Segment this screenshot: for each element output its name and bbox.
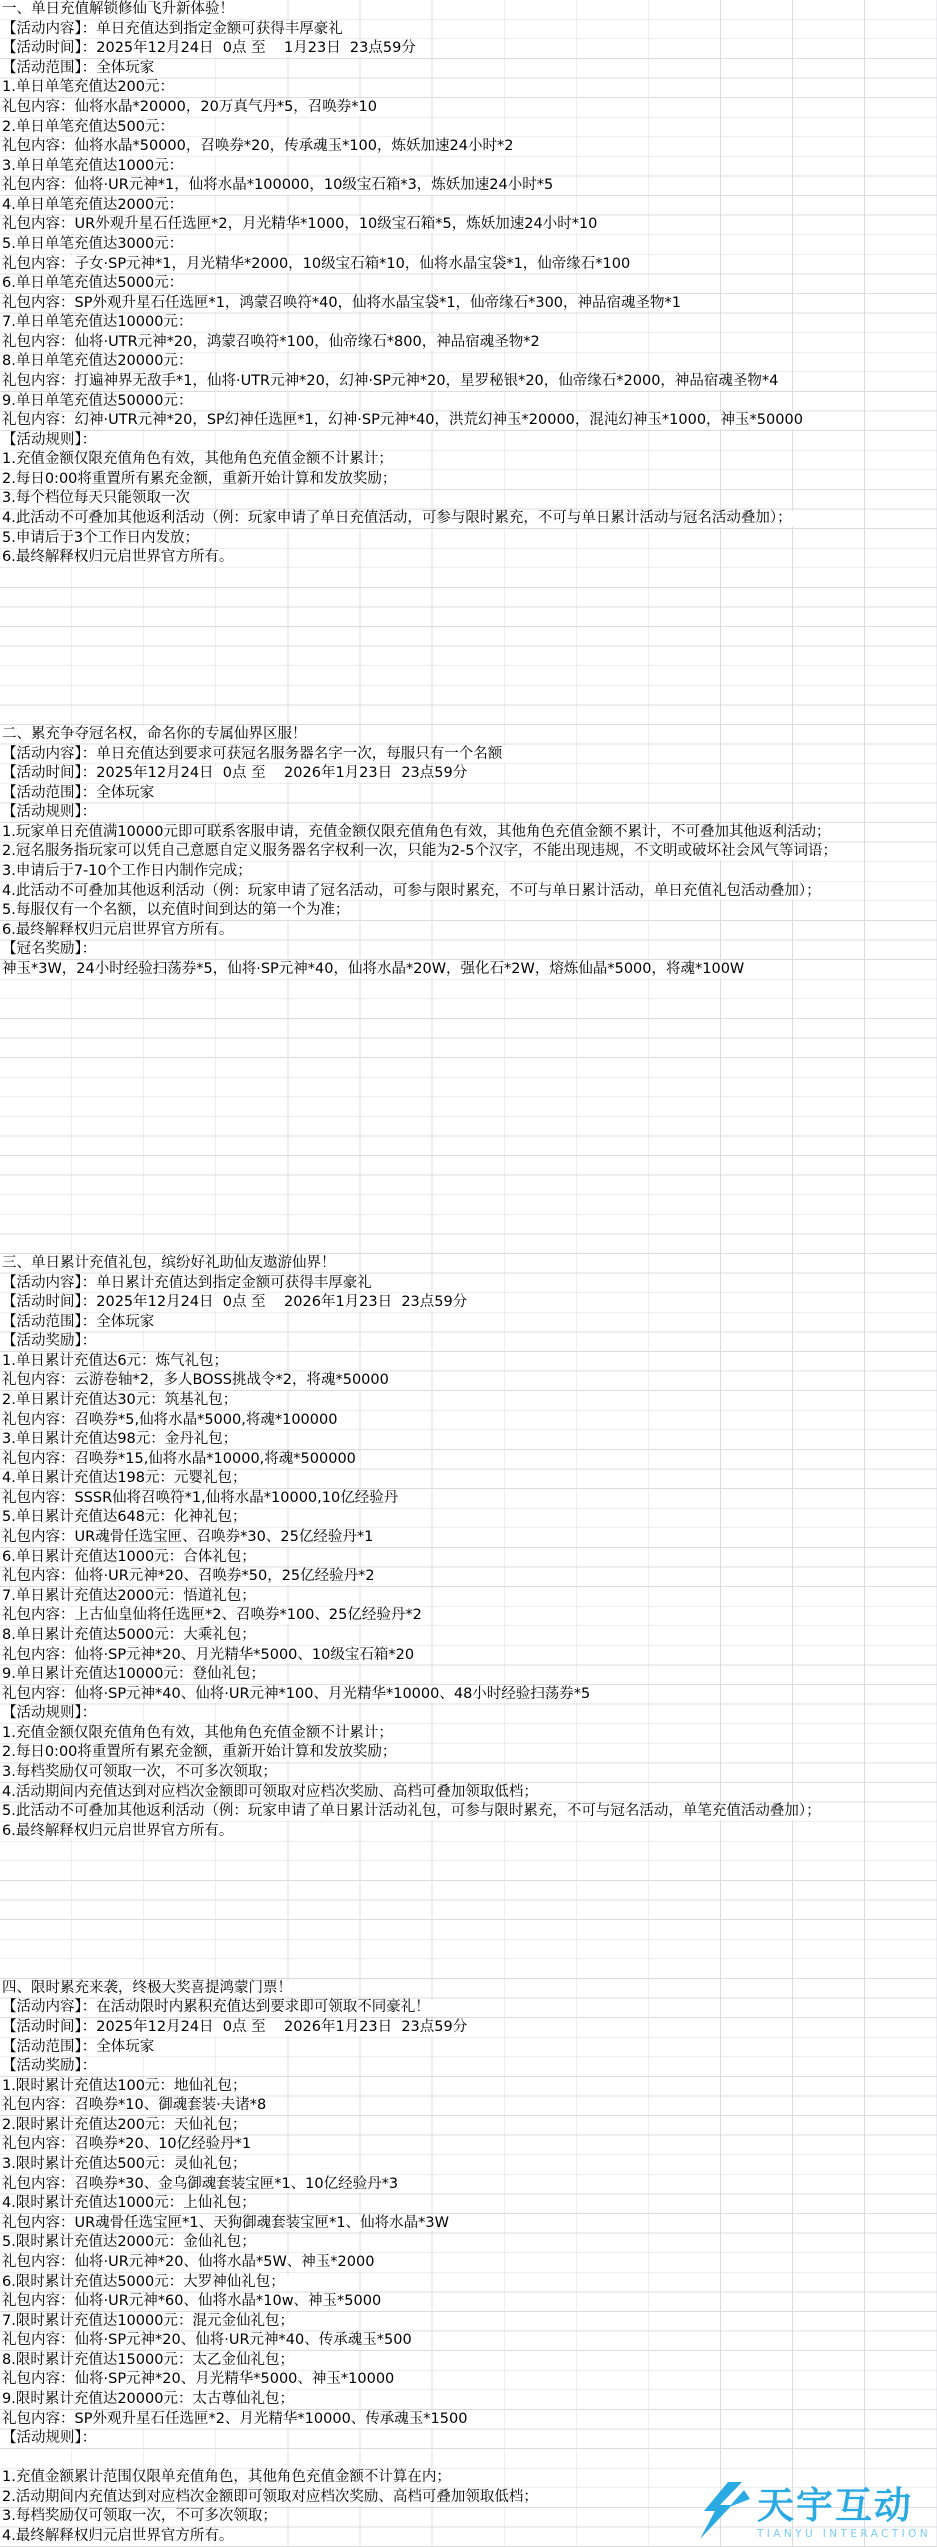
cell-text: 礼包内容：幻神·UTR元神*20，SP幻神任选匣*1，幻神·SP元神*40，洪荒… — [0, 413, 807, 429]
text-row: 神玉*3W，24小时经验扫荡券*5，仙将·SP元神*40，仙将水晶*20W，强化… — [0, 960, 937, 980]
text-row: 1.单日单笔充值达200元： — [0, 78, 937, 98]
text-row: 【活动时间】：2025年12月24日 0点 至 2026年1月23日 23点59… — [0, 2018, 937, 2038]
cell-text: 9.单日累计充值达10000元：登仙礼包； — [0, 1667, 269, 1683]
cell-text: 5.限时累计充值达2000元：金仙礼包； — [0, 2235, 260, 2251]
text-row: 3.每个档位每天只能领取一次 — [0, 489, 937, 509]
text-row: 【活动规则】： — [0, 2429, 937, 2449]
text-row: 5.单日单笔充值达3000元： — [0, 235, 937, 255]
text-row: 4.单日单笔充值达2000元： — [0, 196, 937, 216]
cell-text: 【活动范围】：全体玩家 — [0, 786, 158, 802]
cell-text: 【冠名奖励】： — [0, 942, 100, 958]
cell-text: 8.单日单笔充值达20000元： — [0, 354, 196, 370]
text-row: 【冠名奖励】： — [0, 940, 937, 960]
cell-text: 4.限时累计充值达1000元：上仙礼包； — [0, 2196, 260, 2212]
section-3: 三、单日累计充值礼包，缤纷好礼助仙友遨游仙界！【活动内容】：单日累计充值达到指定… — [0, 1254, 937, 1841]
text-row: 9.限时累计充值达20000元：太古尊仙礼包； — [0, 2390, 937, 2410]
cell-text: 1.充值金额仅限充值角色有效，其他角色充值金额不计累计； — [0, 452, 397, 468]
text-row: 3.申请后于7-10个工作日内制作完成； — [0, 862, 937, 882]
cell-text: 礼包内容：召唤券*20、10亿经验丹*1 — [0, 2137, 255, 2153]
cell-text: 2.每日0:00将重置所有累充金额，重新开始计算和发放奖励； — [0, 1745, 400, 1761]
cell-text: 5.单日单笔充值达3000元： — [0, 237, 187, 253]
cell-text: 【活动奖励】： — [0, 1334, 100, 1350]
cell-text: 2.活动期间内充值达到对应档次金额即可领取对应档次奖励、高档可叠加领取低档； — [0, 2490, 542, 2506]
logo-name-en: TIANYU INTERACTION — [757, 2528, 931, 2540]
cell-text: 2.每日0:00将重置所有累充金额，重新开始计算和发放奖励； — [0, 472, 400, 488]
cell-text: 3.单日累计充值达98元：金丹礼包； — [0, 1432, 241, 1448]
cell-text: 【活动奖励】： — [0, 2059, 100, 2075]
text-row: 7.单日累计充值达2000元：悟道礼包； — [0, 1587, 937, 1607]
cell-text: 3.限时累计充值达500元：灵仙礼包； — [0, 2157, 251, 2173]
text-row: 礼包内容：仙将水晶*50000，召唤券*20，传承魂玉*100，炼妖加速24小时… — [0, 137, 937, 157]
section-4: 四、限时累充来袭，终极大奖喜提鸿蒙门票！【活动内容】：在活动限时内累积充值达到要… — [0, 1979, 937, 2547]
text-row: 【活动奖励】： — [0, 2057, 937, 2077]
cell-text: 6.最终解释权归元启世界官方所有。 — [0, 923, 237, 939]
text-row: 2.限时累计充值达200元：天仙礼包； — [0, 2116, 937, 2136]
text-row: 一、单日充值解锁修仙飞升新体验！ — [0, 0, 937, 20]
cell-text: 礼包内容：打遍神界无敌手*1，仙将·UTR元神*20，幻神·SP元神*20，星罗… — [0, 374, 782, 390]
cell-text: 4.此活动不可叠加其他返利活动（例：玩家申请了单日充值活动，可参与限时累充，不可… — [0, 511, 796, 527]
text-row: 8.单日单笔充值达20000元： — [0, 352, 937, 372]
text-row: 礼包内容：子女·SP元神*1，月光精华*2000，10级宝石箱*10，仙将水晶宝… — [0, 255, 937, 275]
text-row: 3.限时累计充值达500元：灵仙礼包； — [0, 2155, 937, 2175]
text-row: 2.每日0:00将重置所有累充金额，重新开始计算和发放奖励； — [0, 470, 937, 490]
cell-text: 2.单日累计充值达30元：筑基礼包； — [0, 1393, 241, 1409]
text-row: 5.单日累计充值达648元：化神礼包； — [0, 1508, 937, 1528]
text-row: 礼包内容：UR外观升星石任选匣*2，月光精华*1000，10级宝石箱*5，炼妖加… — [0, 215, 937, 235]
text-row: 【活动范围】：全体玩家 — [0, 2038, 937, 2058]
text-row: 礼包内容：仙将·UR元神*20、仙将水晶*5W、神玉*2000 — [0, 2253, 937, 2273]
cell-text: 礼包内容：仙将·SP元神*20、月光精华*5000、10级宝石箱*20 — [0, 1648, 418, 1664]
text-row: 8.限时累计充值达15000元：太乙金仙礼包； — [0, 2351, 937, 2371]
cell-text: 【活动时间】：2025年12月24日 0点 至 2026年1月23日 23点59… — [0, 2020, 471, 2036]
cell-text: 1.充值金额累计范围仅限单充值角色，其他角色充值金额不计算在内； — [0, 2470, 455, 2486]
cell-text: 1.单日单笔充值达200元： — [0, 80, 178, 96]
cell-text: 【活动范围】：全体玩家 — [0, 2040, 158, 2056]
cell-text: 三、单日累计充值礼包，缤纷好礼助仙友遨游仙界！ — [0, 1256, 340, 1272]
section-1: 一、单日充值解锁修仙飞升新体验！【活动内容】：单日充值达到指定金额可获得丰厚豪礼… — [0, 0, 937, 568]
cell-text: 礼包内容：UR外观升星石任选匣*2，月光精华*1000，10级宝石箱*5，炼妖加… — [0, 217, 601, 233]
cell-text: 2.单日单笔充值达500元： — [0, 120, 178, 136]
cell-text: 1.玩家单日充值满10000元即可联系客服申请，充值金额仅限充值角色有效，其他角… — [0, 825, 834, 841]
cell-text: 【活动内容】：在活动限时内累积充值达到要求即可领取不同豪礼！ — [0, 2000, 434, 2016]
cell-text: 7.单日单笔充值达10000元： — [0, 315, 196, 331]
text-row: 礼包内容：打遍神界无敌手*1，仙将·UTR元神*20，幻神·SP元神*20，星罗… — [0, 372, 937, 392]
text-row: 礼包内容：SP外观升星石任选匣*1，鸿蒙召唤符*40，仙将水晶宝袋*1，仙帝缘石… — [0, 294, 937, 314]
cell-text: 3.申请后于7-10个工作日内制作完成； — [0, 864, 256, 880]
cell-text: 礼包内容：仙将·UR元神*60、仙将水晶*10w、神玉*5000 — [0, 2294, 385, 2310]
cell-text: 7.限时累计充值达10000元：混元金仙礼包； — [0, 2314, 298, 2330]
text-row: 2.单日单笔充值达500元： — [0, 117, 937, 137]
lightning-bird-icon — [698, 2482, 750, 2544]
cell-text: 礼包内容：SP外观升星石任选匣*1，鸿蒙召唤符*40，仙将水晶宝袋*1，仙帝缘石… — [0, 296, 685, 312]
cell-text: 5.每服仅有一个名额，以充值时间到达的第一个为准； — [0, 903, 353, 919]
text-row: 【活动范围】：全体玩家 — [0, 1313, 937, 1333]
text-row: 7.单日单笔充值达10000元： — [0, 313, 937, 333]
cell-text: 礼包内容：仙将·UTR元神*20，鸿蒙召唤符*100，仙帝缘石*800，神品宿魂… — [0, 335, 544, 351]
cell-text: 【活动规则】： — [0, 433, 100, 449]
text-row: 3.每档奖励仅可领取一次，不可多次领取； — [0, 1763, 937, 1783]
text-row: 【活动内容】：单日充值达到要求可获冠名服务器名字一次，每服只有一个名额 — [0, 744, 937, 764]
text-row: 【活动范围】：全体玩家 — [0, 784, 937, 804]
text-row: 3.单日累计充值达98元：金丹礼包； — [0, 1430, 937, 1450]
text-row: 6.最终解释权归元启世界官方所有。 — [0, 1822, 937, 1842]
cell-text: 礼包内容：子女·SP元神*1，月光精华*2000，10级宝石箱*10，仙将水晶宝… — [0, 257, 634, 273]
cell-text: 礼包内容：召唤券*10、御魂套装·夫诸*8 — [0, 2098, 270, 2114]
section-2: 二、累充争夺冠名权，命名你的专属仙界区服！【活动内容】：单日充值达到要求可获冠名… — [0, 725, 937, 980]
cell-text: 3.单日单笔充值达1000元： — [0, 159, 187, 175]
cell-text: 礼包内容：召唤券*5,仙将水晶*5000,将魂*100000 — [0, 1413, 341, 1429]
text-row: 1.玩家单日充值满10000元即可联系客服申请，充值金额仅限充值角色有效，其他角… — [0, 823, 937, 843]
text-row: 4.此活动不可叠加其他返利活动（例：玩家申请了单日充值活动，可参与限时累充，不可… — [0, 509, 937, 529]
cell-text: 8.限时累计充值达15000元：太乙金仙礼包； — [0, 2353, 298, 2369]
text-row: 9.单日累计充值达10000元：登仙礼包； — [0, 1665, 937, 1685]
cell-text: 礼包内容：召唤券*15,仙将水晶*10000,将魂*500000 — [0, 1452, 360, 1468]
cell-text: 4.单日累计充值达198元：元婴礼包； — [0, 1471, 251, 1487]
tianyu-logo: 天宇互动 TIANYU INTERACTION — [698, 2482, 931, 2544]
text-row: 【活动规则】： — [0, 1704, 937, 1724]
text-row: 6.单日累计充值达1000元：合体礼包； — [0, 1548, 937, 1568]
cell-text: 礼包内容：SP外观升星石任选匣*2、月光精华*10000、传承魂玉*1500 — [0, 2412, 471, 2428]
text-row: 1.充值金额仅限充值角色有效，其他角色充值金额不计累计； — [0, 450, 937, 470]
text-row: 1.单日累计充值达6元：炼气礼包； — [0, 1352, 937, 1372]
text-row: 礼包内容：仙将·UR元神*60、仙将水晶*10w、神玉*5000 — [0, 2292, 937, 2312]
cell-text: 4.此活动不可叠加其他返利活动（例：玩家申请了冠名活动，可参与限时累充，不可与单… — [0, 884, 825, 900]
cell-text: 1.充值金额仅限充值角色有效，其他角色充值金额不计累计； — [0, 1726, 397, 1742]
cell-text: 【活动内容】：单日充值达到指定金额可获得丰厚豪礼 — [0, 22, 347, 38]
cell-text: 礼包内容：仙将水晶*20000，20万真气丹*5，召唤券*10 — [0, 100, 381, 116]
cell-text: 礼包内容：云游卷轴*2，多人BOSS挑战令*2，将魂*50000 — [0, 1373, 393, 1389]
cell-text: 【活动时间】：2025年12月24日 0点 至 2026年1月23日 23点59… — [0, 1295, 471, 1311]
text-row: 2.每日0:00将重置所有累充金额，重新开始计算和发放奖励； — [0, 1743, 937, 1763]
cell-text: 5.此活动不可叠加其他返利活动（例：玩家申请了单日累计活动礼包，可参与限时累充，… — [0, 1804, 825, 1820]
cell-text: 礼包内容：仙将·SP元神*20、仙将·UR元神*40、传承魂玉*500 — [0, 2333, 416, 2349]
cell-text: 6.最终解释权归元启世界官方所有。 — [0, 1824, 237, 1840]
text-row: 【活动内容】：单日累计充值达到指定金额可获得丰厚豪礼 — [0, 1273, 937, 1293]
text-row: 5.申请后于3个工作日内发放； — [0, 529, 937, 549]
cell-text: 3.每档奖励仅可领取一次，不可多次领取； — [0, 2509, 281, 2525]
text-row: 【活动奖励】： — [0, 1332, 937, 1352]
text-row: 2.冠名服务指玩家可以凭自己意愿自定义服务器名字权利一次，只能为2-5个汉字，不… — [0, 842, 937, 862]
text-row: 4.此活动不可叠加其他返利活动（例：玩家申请了冠名活动，可参与限时累充，不可与单… — [0, 882, 937, 902]
cell-text: 【活动范围】：全体玩家 — [0, 1315, 158, 1331]
text-row: 【活动内容】：在活动限时内累积充值达到要求即可领取不同豪礼！ — [0, 1998, 937, 2018]
text-row: 6.最终解释权归元启世界官方所有。 — [0, 921, 937, 941]
cell-text: 礼包内容：SSSR仙将召唤符*1,仙将水晶*10000,10亿经验丹 — [0, 1491, 402, 1507]
cell-text: 9.单日单笔充值达50000元： — [0, 394, 196, 410]
text-row: 【活动规则】： — [0, 431, 937, 451]
cell-text: 一、单日充值解锁修仙飞升新体验！ — [0, 2, 238, 18]
cell-text: 2.冠名服务指玩家可以凭自己意愿自定义服务器名字权利一次，只能为2-5个汉字，不… — [0, 844, 841, 860]
text-row: 礼包内容：召唤券*10、御魂套装·夫诸*8 — [0, 2096, 937, 2116]
cell-text: 6.限时累计充值达5000元：大罗神仙礼包； — [0, 2275, 289, 2291]
cell-text: 礼包内容：召唤券*30、金乌御魂套装宝匣*1、10亿经验丹*3 — [0, 2177, 402, 2193]
text-row: 礼包内容：UR魂骨任选宝匣、召唤券*30、25亿经验丹*1 — [0, 1528, 937, 1548]
cell-text: 6.最终解释权归元启世界官方所有。 — [0, 550, 237, 566]
logo-text: 天宇互动 TIANYU INTERACTION — [757, 2487, 931, 2540]
cell-text: 【活动规则】： — [0, 1706, 100, 1722]
cell-text: 【活动范围】：全体玩家 — [0, 61, 158, 77]
text-row: 礼包内容：召唤券*5,仙将水晶*5000,将魂*100000 — [0, 1411, 937, 1431]
text-row: 四、限时累充来袭，终极大奖喜提鸿蒙门票！ — [0, 1979, 937, 1999]
cell-text: 4.单日单笔充值达2000元： — [0, 198, 187, 214]
text-row: 4.限时累计充值达1000元：上仙礼包； — [0, 2194, 937, 2214]
cell-text: 礼包内容：仙将·SP元神*40、仙将·UR元神*100、月光精华*10000、4… — [0, 1687, 594, 1703]
text-row: 礼包内容：上古仙皇仙将任选匣*2、召唤券*100、25亿经验丹*2 — [0, 1606, 937, 1626]
cell-text: 4.最终解释权归元启世界官方所有。 — [0, 2529, 237, 2545]
text-row: 礼包内容：仙将·UTR元神*20，鸿蒙召唤符*100，仙帝缘石*800，神品宿魂… — [0, 333, 937, 353]
text-row: 1.充值金额仅限充值角色有效，其他角色充值金额不计累计； — [0, 1724, 937, 1744]
text-row: 【活动范围】：全体玩家 — [0, 59, 937, 79]
cell-text: 8.单日累计充值达5000元：大乘礼包； — [0, 1628, 260, 1644]
text-row: 礼包内容：幻神·UTR元神*20，SP幻神任选匣*1，幻神·SP元神*40，洪荒… — [0, 411, 937, 431]
text-row: 5.此活动不可叠加其他返利活动（例：玩家申请了单日累计活动礼包，可参与限时累充，… — [0, 1802, 937, 1822]
text-row: 【活动规则】： — [0, 803, 937, 823]
text-row: 礼包内容：仙将·SP元神*20、月光精华*5000、神玉*10000 — [0, 2370, 937, 2390]
cell-text: 礼包内容：UR魂骨任选宝匣、召唤券*30、25亿经验丹*1 — [0, 1530, 377, 1546]
text-row: 6.最终解释权归元启世界官方所有。 — [0, 548, 937, 568]
text-row: 礼包内容：SSSR仙将召唤符*1,仙将水晶*10000,10亿经验丹 — [0, 1489, 937, 1509]
cell-text: 【活动时间】：2025年12月24日 0点 至 2026年1月23日 23点59… — [0, 766, 471, 782]
cell-text: 3.每档奖励仅可领取一次，不可多次领取； — [0, 1765, 281, 1781]
cell-text: 礼包内容：仙将·SP元神*20、月光精华*5000、神玉*10000 — [0, 2372, 398, 2388]
cell-text: 2.限时累计充值达200元：天仙礼包； — [0, 2118, 251, 2134]
cell-text: 4.活动期间内充值达到对应档次金额即可领取对应档次奖励、高档可叠加领取低档； — [0, 1785, 542, 1801]
text-row: 4.活动期间内充值达到对应档次金额即可领取对应档次奖励、高档可叠加领取低档； — [0, 1783, 937, 1803]
text-row: 6.单日单笔充值达5000元： — [0, 274, 937, 294]
text-row: 2.单日累计充值达30元：筑基礼包； — [0, 1391, 937, 1411]
text-row: 9.单日单笔充值达50000元： — [0, 392, 937, 412]
text-row: 礼包内容：云游卷轴*2，多人BOSS挑战令*2，将魂*50000 — [0, 1371, 937, 1391]
cell-text: 1.限时累计充值达100元：地仙礼包； — [0, 2079, 251, 2095]
text-row: 7.限时累计充值达10000元：混元金仙礼包； — [0, 2312, 937, 2332]
text-row: 礼包内容：仙将·SP元神*40、仙将·UR元神*100、月光精华*10000、4… — [0, 1685, 937, 1705]
cell-text: 神玉*3W，24小时经验扫荡券*5，仙将·SP元神*40，仙将水晶*20W，强化… — [0, 962, 748, 978]
cell-text: 礼包内容：仙将·UR元神*1，仙将水晶*100000，10级宝石箱*3，炼妖加速… — [0, 178, 557, 194]
text-row: 1.限时累计充值达100元：地仙礼包； — [0, 2077, 937, 2097]
text-row: 【活动时间】：2025年12月24日 0点 至 2026年1月23日 23点59… — [0, 764, 937, 784]
spreadsheet-document: 一、单日充值解锁修仙飞升新体验！【活动内容】：单日充值达到指定金额可获得丰厚豪礼… — [0, 0, 937, 2547]
cell-text: 7.单日累计充值达2000元：悟道礼包； — [0, 1589, 260, 1605]
cell-text: 9.限时累计充值达20000元：太古尊仙礼包； — [0, 2392, 298, 2408]
cell-text: 6.单日累计充值达1000元：合体礼包； — [0, 1550, 260, 1566]
cell-text: 【活动规则】： — [0, 2431, 100, 2447]
cell-text: 【活动时间】：2025年12月24日 0点 至 1月23日 23点59分 — [0, 41, 420, 57]
cell-text: 【活动内容】：单日充值达到要求可获冠名服务器名字一次，每服只有一个名额 — [0, 747, 506, 763]
text-row — [0, 2449, 937, 2469]
cell-text: 礼包内容：上古仙皇仙将任选匣*2、召唤券*100、25亿经验丹*2 — [0, 1608, 426, 1624]
text-row: 4.单日累计充值达198元：元婴礼包； — [0, 1469, 937, 1489]
text-row: 3.单日单笔充值达1000元： — [0, 157, 937, 177]
cell-text: 3.每个档位每天只能领取一次 — [0, 491, 194, 507]
text-row: 礼包内容：召唤券*15,仙将水晶*10000,将魂*500000 — [0, 1450, 937, 1470]
text-row: 礼包内容：召唤券*30、金乌御魂套装宝匣*1、10亿经验丹*3 — [0, 2175, 937, 2195]
cell-text: 5.申请后于3个工作日内发放； — [0, 531, 203, 547]
text-row: 礼包内容：仙将·SP元神*20、月光精华*5000、10级宝石箱*20 — [0, 1645, 937, 1665]
cell-text: 礼包内容：仙将·UR元神*20、仙将水晶*5W、神玉*2000 — [0, 2255, 378, 2271]
cell-text: 【活动规则】： — [0, 805, 100, 821]
text-row: 【活动时间】：2025年12月24日 0点 至 1月23日 23点59分 — [0, 39, 937, 59]
text-row: 礼包内容：SP外观升星石任选匣*2、月光精华*10000、传承魂玉*1500 — [0, 2410, 937, 2430]
text-row: 【活动时间】：2025年12月24日 0点 至 2026年1月23日 23点59… — [0, 1293, 937, 1313]
text-row: 二、累充争夺冠名权，命名你的专属仙界区服！ — [0, 725, 937, 745]
text-row: 5.限时累计充值达2000元：金仙礼包； — [0, 2233, 937, 2253]
text-row: 8.单日累计充值达5000元：大乘礼包； — [0, 1626, 937, 1646]
text-row: 礼包内容：仙将·SP元神*20、仙将·UR元神*40、传承魂玉*500 — [0, 2331, 937, 2351]
logo-name-cn: 天宇互动 — [757, 2487, 913, 2524]
cell-text: 礼包内容：仙将·UR元神*20、召唤券*50，25亿经验丹*2 — [0, 1569, 379, 1585]
text-row: 礼包内容：仙将水晶*20000，20万真气丹*5，召唤券*10 — [0, 98, 937, 118]
cell-text: 二、累充争夺冠名权，命名你的专属仙界区服！ — [0, 727, 311, 743]
text-row: 三、单日累计充值礼包，缤纷好礼助仙友遨游仙界！ — [0, 1254, 937, 1274]
text-row: 礼包内容：仙将·UR元神*20、召唤券*50，25亿经验丹*2 — [0, 1567, 937, 1587]
text-row: 6.限时累计充值达5000元：大罗神仙礼包； — [0, 2272, 937, 2292]
cell-text: 5.单日累计充值达648元：化神礼包； — [0, 1510, 251, 1526]
text-row: 礼包内容：UR魂骨任选宝匣*1、天狗御魂套装宝匣*1、仙将水晶*3W — [0, 2214, 937, 2234]
text-row: 礼包内容：召唤券*20、10亿经验丹*1 — [0, 2135, 937, 2155]
text-row: 5.每服仅有一个名额，以充值时间到达的第一个为准； — [0, 901, 937, 921]
cell-text: 礼包内容：UR魂骨任选宝匣*1、天狗御魂套装宝匣*1、仙将水晶*3W — [0, 2216, 453, 2232]
text-row: 【活动内容】：单日充值达到指定金额可获得丰厚豪礼 — [0, 20, 937, 40]
cell-text: 四、限时累充来袭，终极大奖喜提鸿蒙门票！ — [0, 1981, 296, 1997]
cell-text: 6.单日单笔充值达5000元： — [0, 276, 187, 292]
cell-text: 1.单日累计充值达6元：炼气礼包； — [0, 1354, 232, 1370]
cell-text: 礼包内容：仙将水晶*50000，召唤券*20，传承魂玉*100，炼妖加速24小时… — [0, 139, 517, 155]
text-row: 礼包内容：仙将·UR元神*1，仙将水晶*100000，10级宝石箱*3，炼妖加速… — [0, 176, 937, 196]
cell-text: 【活动内容】：单日累计充值达到指定金额可获得丰厚豪礼 — [0, 1276, 376, 1292]
